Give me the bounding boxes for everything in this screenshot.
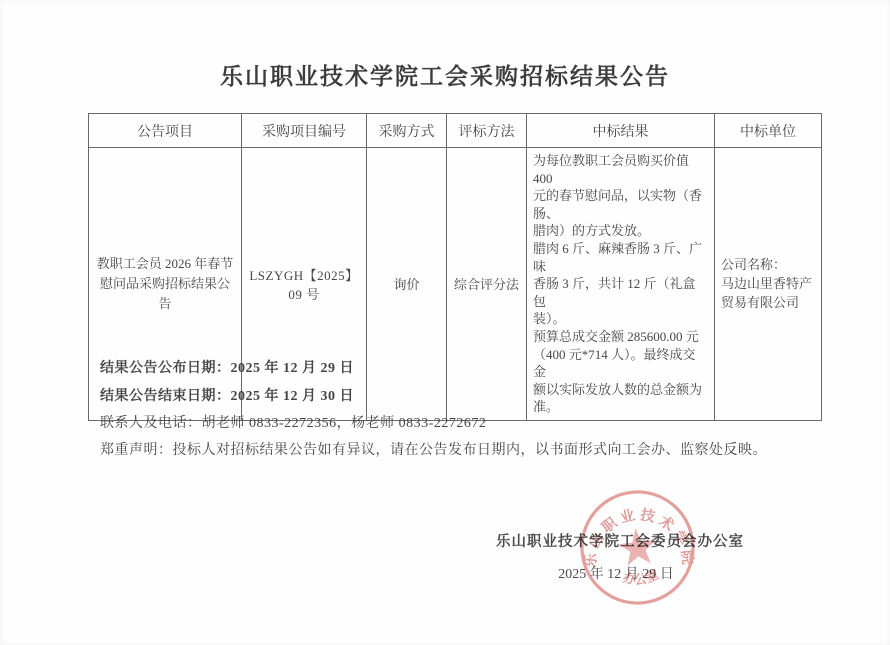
cell-bid-result: 为每位教职工会员购买价值 400 元的春节慰问品，以实物（香肠、 腊肉）的方式发… — [527, 148, 715, 421]
cell-winning-unit: 公司名称： 马边山里香特产 贸易有限公司 — [715, 148, 822, 421]
publish-date-line: 结果公告公布日期：2025 年 12 月 29 日 — [100, 357, 354, 377]
header-procurement-project-no: 采购项目编号 — [242, 114, 367, 148]
cell-procurement-project-no: LSZYGH【2025】09 号 — [242, 148, 367, 421]
header-winning-unit: 中标单位 — [715, 114, 822, 148]
table-row: 教职工会员 2026 年春节 慰问品采购招标结果公告 LSZYGH【2025】0… — [89, 148, 822, 421]
page-title: 乐山职业技术学院工会采购招标结果公告 — [0, 58, 890, 91]
table-header-row: 公告项目 采购项目编号 采购方式 评标方法 中标结果 中标单位 — [89, 114, 822, 148]
cell-announcement-project: 教职工会员 2026 年春节 慰问品采购招标结果公告 — [89, 148, 242, 421]
contact-line: 联系人及电话：胡老师 0833-2272356，杨老师 0833-2272672 — [100, 412, 486, 432]
header-procurement-method: 采购方式 — [367, 114, 447, 148]
signature-date: 2025 年 12 月 29 日 — [446, 563, 786, 583]
cell-evaluation-method: 综合评分法 — [447, 148, 527, 421]
header-announcement-project: 公告项目 — [89, 114, 242, 148]
header-evaluation-method: 评标方法 — [447, 114, 527, 148]
end-date-line: 结果公告结束日期：2025 年 12 月 30 日 — [100, 385, 354, 405]
header-bid-result: 中标结果 — [527, 114, 715, 148]
signature-organization: 乐山职业技术学院工会委员会办公室 — [450, 530, 790, 551]
document-page: 乐山职业技术学院工会采购招标结果公告 公告项目 采购项目编号 采购方式 评标方法… — [0, 0, 890, 645]
cell-procurement-method: 询价 — [367, 148, 447, 421]
statement-line: 郑重声明：投标人对招标结果公告如有异议，请在公告发布日期内，以书面形式向工会办、… — [100, 439, 767, 459]
